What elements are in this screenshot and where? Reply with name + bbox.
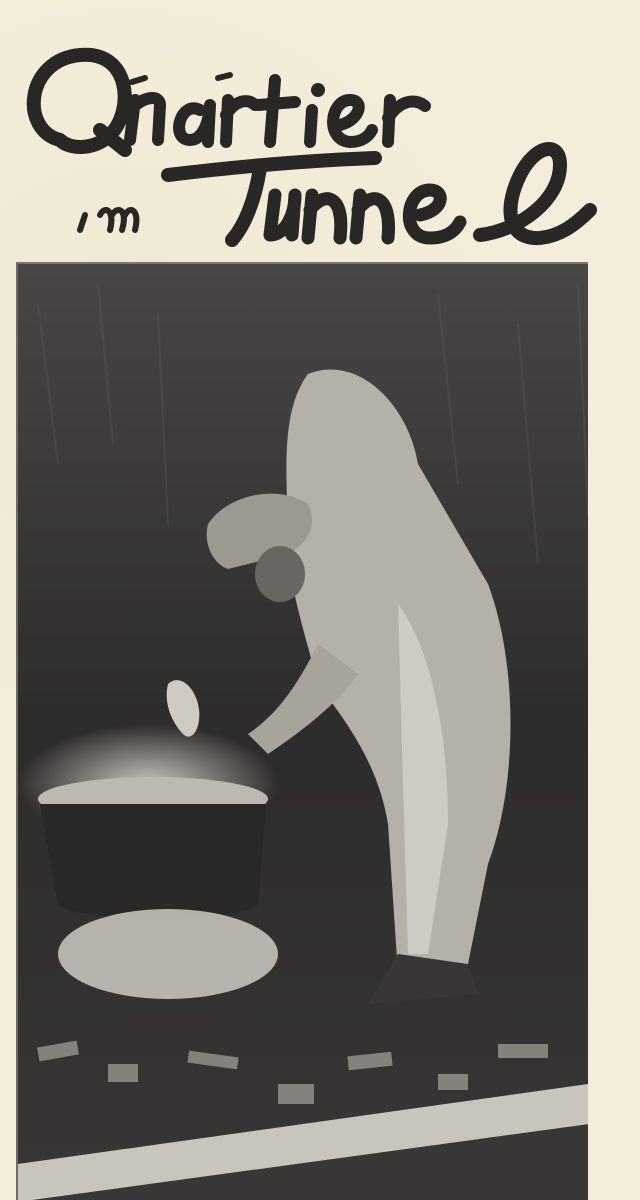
page-margin bbox=[588, 262, 640, 1200]
tunnel-photo bbox=[16, 262, 618, 1200]
photo-scene bbox=[18, 264, 618, 1200]
headline-lettering bbox=[0, 0, 640, 255]
headline bbox=[0, 0, 640, 255]
